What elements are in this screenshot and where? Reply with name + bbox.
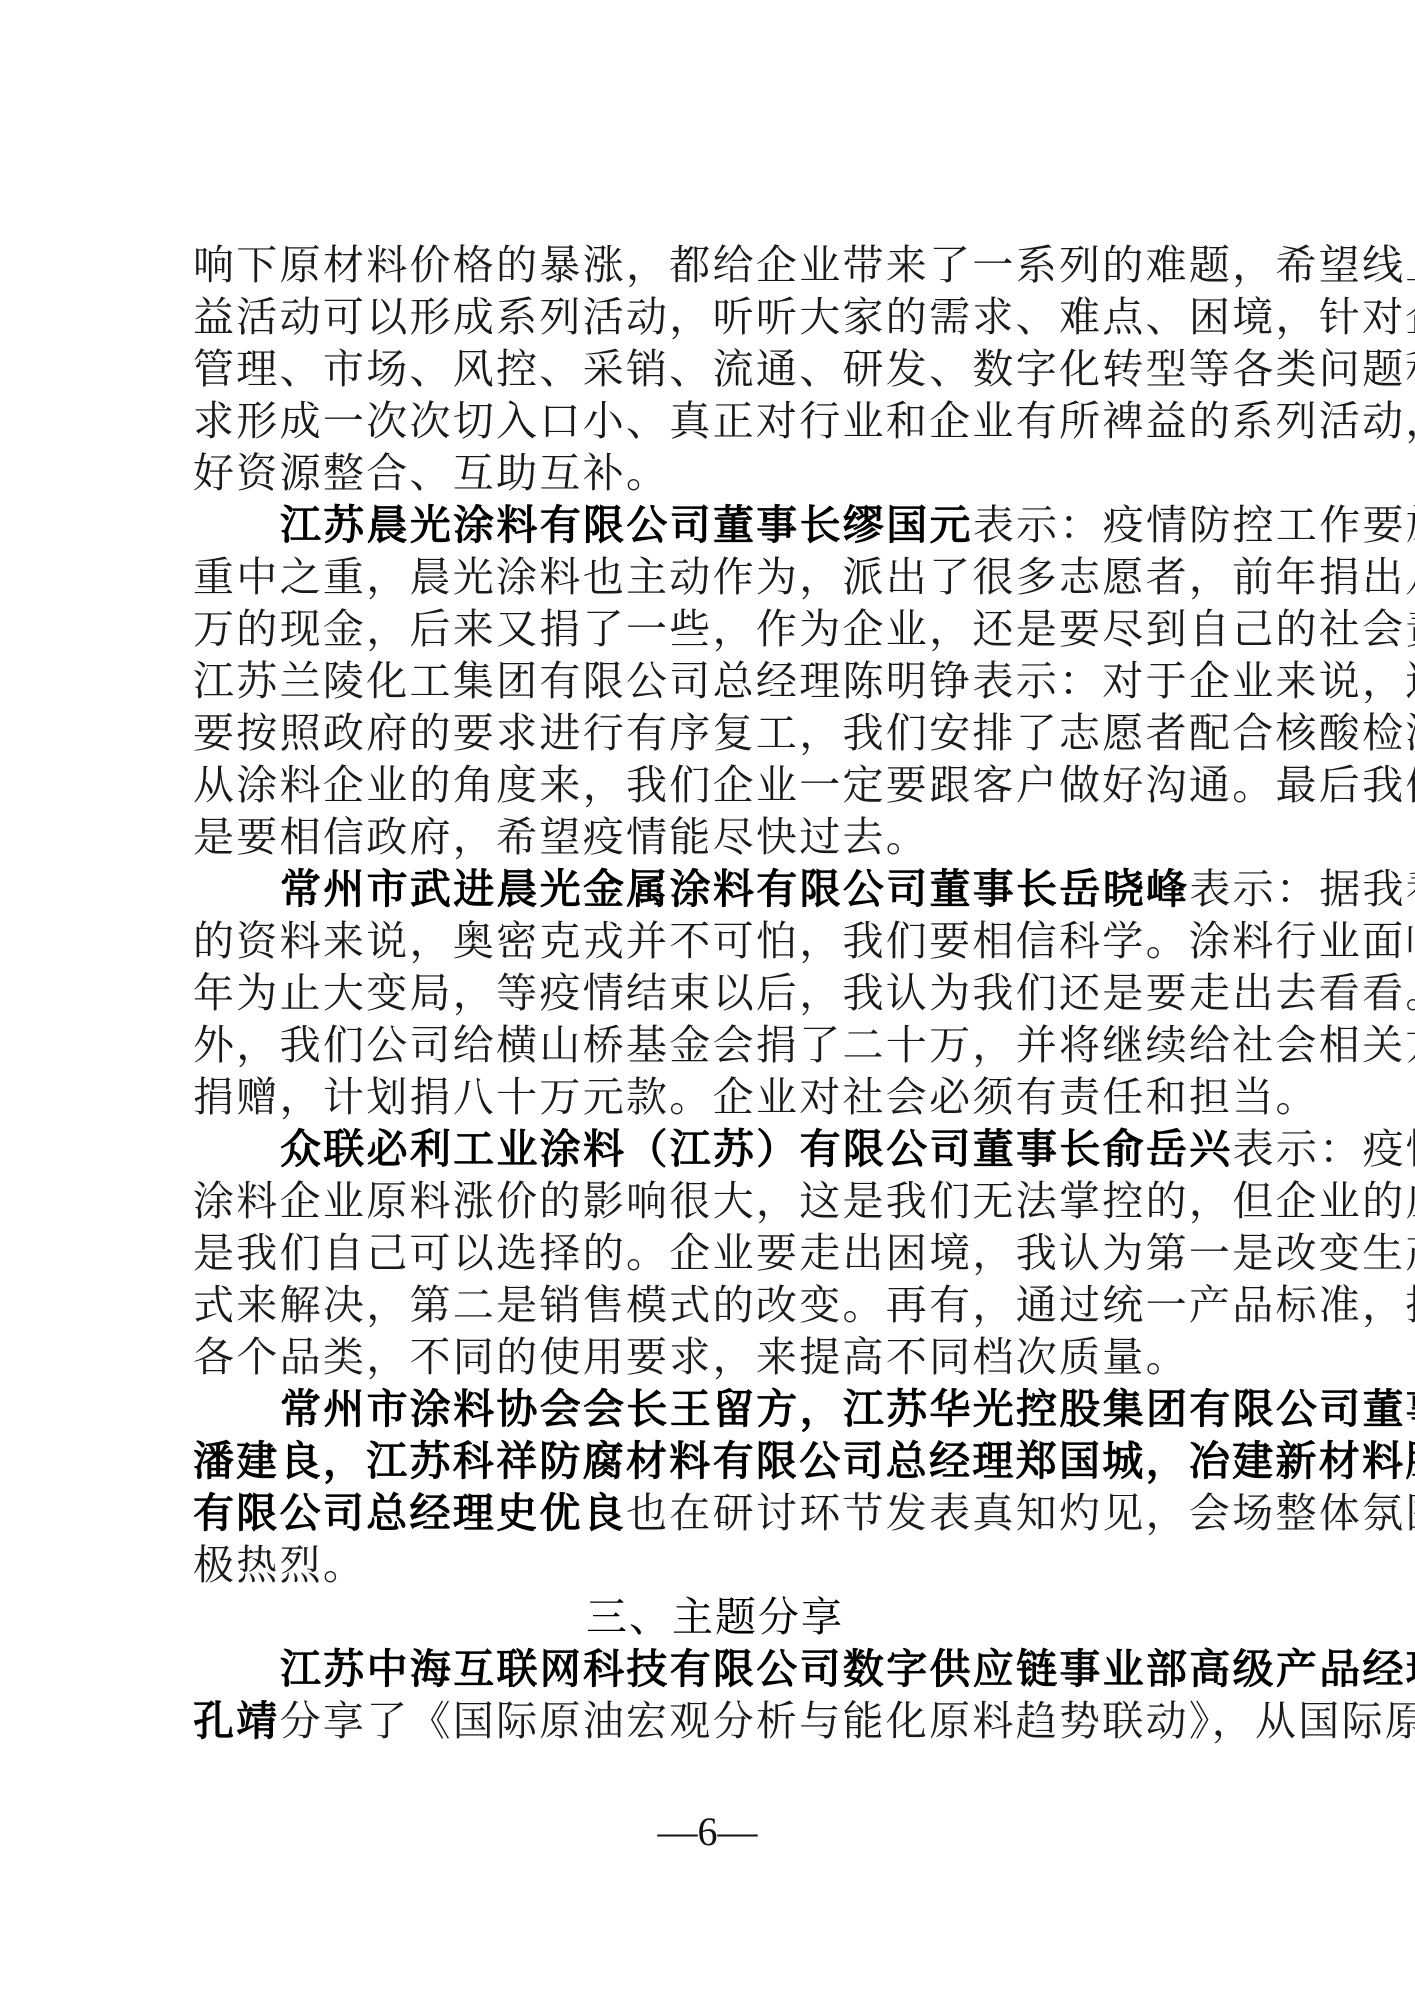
line-text: 是要相信政府，希望疫情能尽快过去。: [193, 813, 929, 861]
text-line-20: 是我们自己可以选择的。企业要走出困境，我认为第一是改变生产模: [193, 1227, 1253, 1279]
line-text: 益活动可以形成系列活动，听听大家的需求、难点、困境，针对企业: [193, 293, 1415, 341]
line-text: 表示：据我看到: [1189, 865, 1415, 913]
paragraph-start-line: 众联必利工业涂料（江苏）有限公司董事长俞岳兴表示：疫情对: [193, 1123, 1253, 1175]
text-line-17: 捐赠，计划捐八十万元款。企业对社会必须有责任和担当。: [193, 1071, 1253, 1123]
text-line-14: 的资料来说，奥密克戎并不可怕，我们要相信科学。涂料行业面临百: [193, 915, 1253, 967]
text-line-5: 好资源整合、互助互补。: [193, 447, 1253, 499]
speaker-name: 众联必利工业涂料（江苏）有限公司董事长俞岳兴: [280, 1125, 1233, 1173]
text-line-10: 要按照政府的要求进行有序复工，我们安排了志愿者配合核酸检测。: [193, 707, 1253, 759]
text-line-26: 极热烈。: [193, 1539, 1253, 1591]
text-line-16: 外，我们公司给横山桥基金会捐了二十万，并将继续给社会相关方面: [193, 1019, 1253, 1071]
line-text: 表示：疫情防控工作要放在: [973, 501, 1415, 549]
text-line-22: 各个品类，不同的使用要求，来提高不同档次质量。: [193, 1331, 1253, 1383]
section-heading: 三、主题分享: [193, 1591, 1237, 1643]
text-line-29: 孔靖分享了《国际原油宏观分析与能化原料趋势联动》，从国际原油: [193, 1695, 1253, 1747]
line-text: 极热烈。: [193, 1541, 366, 1589]
line-text: 从涂料企业的角度来，我们企业一定要跟客户做好沟通。最后我们还: [193, 761, 1415, 809]
line-text: 捐赠，计划捐八十万元款。企业对社会必须有责任和担当。: [193, 1073, 1319, 1121]
document-page: 响下原材料价格的暴涨，都给企业带来了一系列的难题，希望线上公 益活动可以形成系列…: [0, 0, 1415, 2000]
text-line-24: 潘建良，江苏科祥防腐材料有限公司总经理郑国城，冶建新材料股份: [193, 1435, 1253, 1487]
page-number: —6—: [0, 1808, 1415, 1855]
text-line-1: 响下原材料价格的暴涨，都给企业带来了一系列的难题，希望线上公: [193, 239, 1253, 291]
text-line-4: 求形成一次次切入口小、真正对行业和企业有所裨益的系列活动，做: [193, 395, 1253, 447]
text-line-12: 是要相信政府，希望疫情能尽快过去。: [193, 811, 1253, 863]
line-text: 的资料来说，奥密克戎并不可怕，我们要相信科学。涂料行业面临百: [193, 917, 1415, 965]
line-text: 江苏兰陵化工集团有限公司总经理陈明铮表示：对于企业来说，还是: [193, 657, 1415, 705]
text-line-21: 式来解决，第二是销售模式的改变。再有，通过统一产品标准，按照: [193, 1279, 1253, 1331]
speaker-name: 常州市武进晨光金属涂料有限公司董事长岳晓峰: [280, 865, 1189, 913]
line-text: 重中之重，晨光涂料也主动作为，派出了很多志愿者，前年捐出八十: [193, 553, 1415, 601]
speaker-name: 江苏晨光涂料有限公司董事长缪国元: [280, 501, 973, 549]
paragraph-start-line: 常州市武进晨光金属涂料有限公司董事长岳晓峰表示：据我看到: [193, 863, 1253, 915]
line-text: 年为止大变局，等疫情结束以后，我认为我们还是要走出去看看。另: [193, 969, 1415, 1017]
line-text: 外，我们公司给横山桥基金会捐了二十万，并将继续给社会相关方面: [193, 1021, 1415, 1069]
line-text: 管理、市场、风控、采销、流通、研发、数字化转型等各类问题和需: [193, 345, 1415, 393]
speaker-name: 江苏中海互联网科技有限公司数字供应链事业部高级产品经理: [280, 1645, 1415, 1693]
text-line-8: 万的现金，后来又捐了一些，作为企业，还是要尽到自己的社会责任。: [193, 603, 1253, 655]
line-text: 式来解决，第二是销售模式的改变。再有，通过统一产品标准，按照: [193, 1281, 1415, 1329]
body-text: 响下原材料价格的暴涨，都给企业带来了一系列的难题，希望线上公 益活动可以形成系列…: [193, 239, 1253, 1747]
paragraph-start-line: 江苏中海互联网科技有限公司数字供应链事业部高级产品经理: [193, 1643, 1253, 1695]
line-text: 响下原材料价格的暴涨，都给企业带来了一系列的难题，希望线上公: [193, 241, 1415, 289]
line-text: 也在研讨环节发表真知灼见，会场整体氛围积: [626, 1489, 1415, 1537]
speaker-name: 常州市涂料协会会长王留方，江苏华光控股集团有限公司董事长: [280, 1385, 1415, 1433]
text-line-7: 重中之重，晨光涂料也主动作为，派出了很多志愿者，前年捐出八十: [193, 551, 1253, 603]
line-text: 要按照政府的要求进行有序复工，我们安排了志愿者配合核酸检测。: [193, 709, 1415, 757]
text-line-11: 从涂料企业的角度来，我们企业一定要跟客户做好沟通。最后我们还: [193, 759, 1253, 811]
text-line-2: 益活动可以形成系列活动，听听大家的需求、难点、困境，针对企业: [193, 291, 1253, 343]
speaker-name: 潘建良，江苏科祥防腐材料有限公司总经理郑国城，冶建新材料股份: [193, 1437, 1415, 1485]
text-line-15: 年为止大变局，等疫情结束以后，我认为我们还是要走出去看看。另: [193, 967, 1253, 1019]
paragraph-start-line: 江苏晨光涂料有限公司董事长缪国元表示：疫情防控工作要放在: [193, 499, 1253, 551]
line-text: 好资源整合、互助互补。: [193, 449, 669, 497]
paragraph-start-line: 常州市涂料协会会长王留方，江苏华光控股集团有限公司董事长: [193, 1383, 1253, 1435]
speaker-name: 有限公司总经理史优良: [193, 1489, 626, 1537]
line-text: 表示：疫情对: [1233, 1125, 1415, 1173]
line-text: 涂料企业原料涨价的影响很大，这是我们无法掌控的，但企业的应对: [193, 1177, 1415, 1225]
line-text: 分享了《国际原油宏观分析与能化原料趋势联动》，从国际原油: [280, 1697, 1415, 1745]
text-line-9: 江苏兰陵化工集团有限公司总经理陈明铮表示：对于企业来说，还是: [193, 655, 1253, 707]
line-text: 万的现金，后来又捐了一些，作为企业，还是要尽到自己的社会责任。: [193, 605, 1415, 653]
text-line-25: 有限公司总经理史优良也在研讨环节发表真知灼见，会场整体氛围积: [193, 1487, 1253, 1539]
line-text: 求形成一次次切入口小、真正对行业和企业有所裨益的系列活动，做: [193, 397, 1415, 445]
text-line-3: 管理、市场、风控、采销、流通、研发、数字化转型等各类问题和需: [193, 343, 1253, 395]
speaker-name: 孔靖: [193, 1697, 280, 1745]
line-text: 各个品类，不同的使用要求，来提高不同档次质量。: [193, 1333, 1189, 1381]
text-line-19: 涂料企业原料涨价的影响很大，这是我们无法掌控的，但企业的应对: [193, 1175, 1253, 1227]
line-text: 是我们自己可以选择的。企业要走出困境，我认为第一是改变生产模: [193, 1229, 1415, 1277]
